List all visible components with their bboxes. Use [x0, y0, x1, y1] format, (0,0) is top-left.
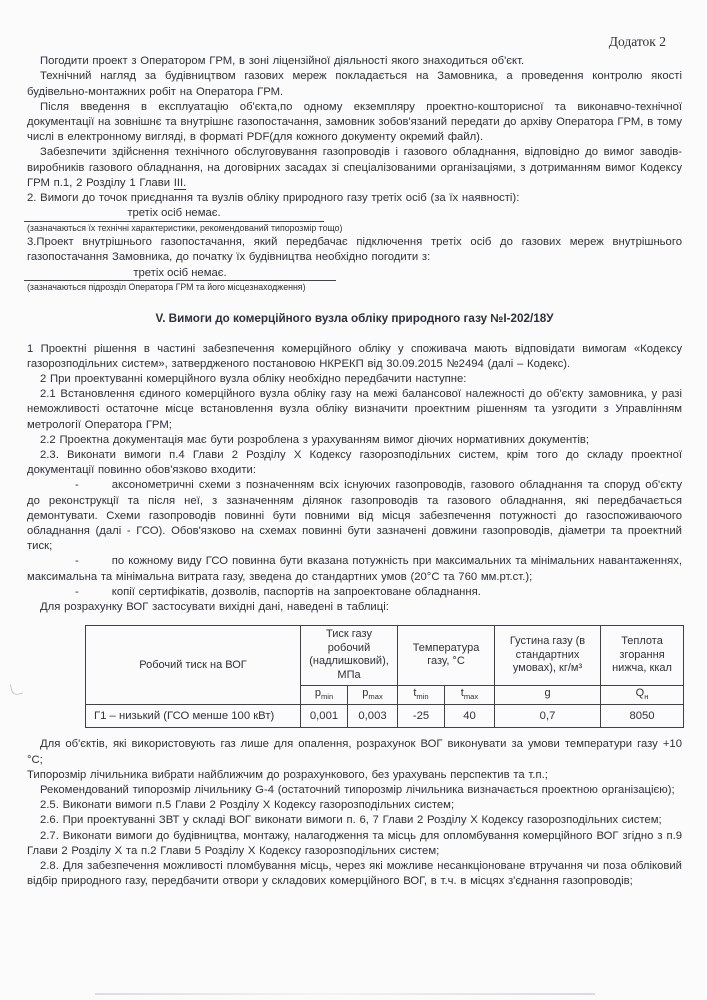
table-cell-tmax: 40	[445, 705, 495, 728]
dash-bullet: -	[75, 555, 79, 567]
dash-bullet: -	[75, 586, 79, 598]
table-header-gas-density: Густина газу (в стандартних умовах), кг/…	[495, 626, 601, 685]
bullet-axonometric-schemes: -аксонометричні схеми з позначенням всіх…	[27, 478, 682, 554]
table-subheader-qn: Qн	[601, 685, 684, 705]
table-row: Г1 – низький (ГСО менше 100 кВт) 0,001 0…	[86, 705, 684, 728]
para-after-commissioning: Після введення в експлуатацію об'єкта,по…	[27, 100, 682, 146]
table-subheader-pmax: pmax	[348, 685, 398, 705]
para-2-5: 2.5. Виконати вимоги п.5 Глави 2 Розділу…	[27, 798, 682, 813]
blank-fill-text-2: третіх осіб немає.	[133, 267, 226, 279]
para-maintenance: Забезпечити здійснення технічного обслуг…	[27, 145, 682, 191]
blank-fill-third-parties-2: третіх осіб немає.	[24, 266, 336, 282]
footnote-1: (зазначаються їх технічні характеристики…	[27, 223, 682, 235]
table-subheader-tmin: tmin	[398, 685, 445, 705]
table-cell-heat: 8050	[601, 705, 684, 728]
para-design-node: 2 При проектуванні комерційного вузла об…	[27, 372, 682, 387]
table-cell-density: 0,7	[495, 705, 601, 728]
table-cell-pmax: 0,003	[348, 705, 398, 728]
table-header-working-pressure: Робочий тиск на ВОГ	[86, 626, 301, 705]
table-subheader-tmax: tmax	[445, 685, 495, 705]
para-agree-project: Погодити проект з Оператором ГРМ, в зоні…	[27, 54, 682, 69]
scan-artifact-bottom-edge	[95, 993, 595, 995]
table-cell-pmin: 0,001	[301, 705, 348, 728]
para-2-2: 2.2 Проектна документація має бути розро…	[27, 433, 682, 448]
footnote-2: (зазначаються підрозділ Оператора ГРМ та…	[27, 282, 682, 294]
bullet-certificates: -копії сертифікатів, дозволів, паспортів…	[27, 585, 682, 600]
para-table-intro: Для розрахунку ВОГ застосувати вихідні д…	[27, 600, 682, 615]
item-2-third-party-points: 2. Вимоги до точок приєднання та вузлів …	[27, 191, 682, 206]
table-subheader-g: g	[495, 685, 601, 705]
appendix-label: Додаток 2	[27, 34, 666, 49]
para-2-3: 2.3. Виконати вимоги п.4 Глави 2 Розділу…	[27, 448, 682, 478]
dash-bullet: -	[75, 479, 79, 491]
bullet-text: копії сертифікатів, дозволів, паспортів …	[112, 586, 481, 598]
scan-artifact-mark	[10, 682, 24, 696]
table-header-gas-temperature: Температура газу, °С	[398, 626, 495, 685]
item-3-internal-gas-supply: 3.Проект внутрішнього газопостачання, як…	[27, 235, 682, 265]
para-heating-only: Для об'єктів, які використовують газ лиш…	[27, 737, 682, 767]
table-subheader-pmin: pmin	[301, 685, 348, 705]
table-cell-pressure-class: Г1 – низький (ГСО менше 100 кВт)	[86, 705, 301, 728]
para-2-7: 2.7. Виконати вимоги до будівництва, мон…	[27, 829, 682, 859]
para-2-8: 2.8. Для забезпечення можливості пломбув…	[27, 859, 682, 889]
para-maintenance-underlined: III.	[174, 177, 187, 191]
table-cell-tmin: -25	[398, 705, 445, 728]
bullet-text: по кожному виду ГСО повинна бути вказана…	[27, 555, 682, 582]
para-recommended-meter: Рекомендований типорозмір лічильнику G-4…	[27, 783, 682, 798]
para-meter-size: Типорозмір лічильника вибрати найближчим…	[27, 768, 682, 783]
bullet-gso-power: -по кожному виду ГСО повинна бути вказан…	[27, 554, 682, 584]
bullet-text: аксонометричні схеми з позначенням всіх …	[27, 479, 682, 552]
para-maintenance-text: Забезпечити здійснення технічного обслуг…	[27, 146, 682, 188]
table-header-row-groups: Робочий тиск на ВОГ Тиск газу робочий (н…	[86, 626, 684, 685]
blank-fill-text-1: третіх осіб немає.	[127, 207, 220, 219]
table-header-heat-value: Теплота згорання нижча, ккал	[601, 626, 684, 685]
table-header-gas-pressure: Тиск газу робочий (надлишковий), МПа	[301, 626, 398, 685]
document-page: Додаток 2 Погодити проект з Оператором Г…	[0, 0, 707, 1000]
para-technical-supervision: Технічний нагляд за будівництвом газових…	[27, 69, 682, 99]
para-2-1: 2.1 Встановлення єдиного комерційного ву…	[27, 387, 682, 433]
section-heading: V. Вимоги до комерційного вузла обліку п…	[27, 311, 682, 326]
input-data-table: Робочий тиск на ВОГ Тиск газу робочий (н…	[85, 625, 684, 728]
blank-fill-third-parties-1: третіх осіб немає.	[24, 206, 324, 222]
para-design-decisions: 1 Проектні рішення в частині забезпеченн…	[27, 342, 682, 372]
para-2-6: 2.6. При проектуванні ЗВТ у складі ВОГ в…	[27, 813, 682, 828]
